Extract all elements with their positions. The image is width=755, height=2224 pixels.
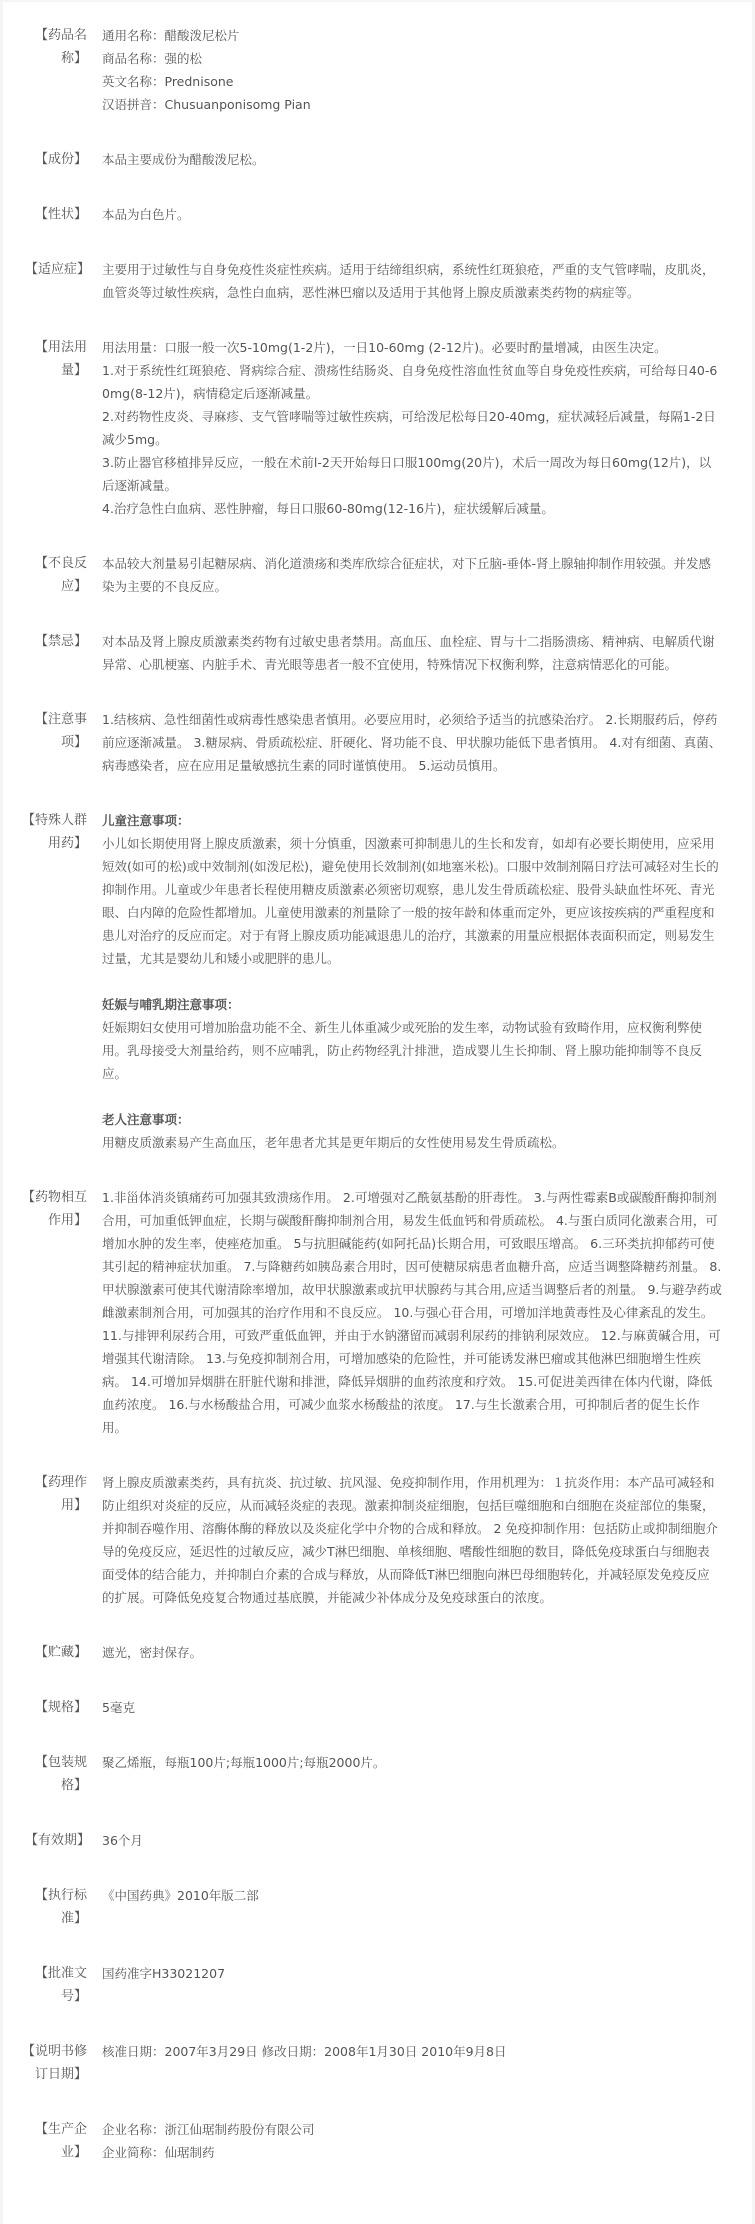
section-dosage: 【用法用量】 用法用量：口服一般一次5-10mg(1-2片)，一日10-60mg… xyxy=(3,336,752,520)
section-label: 【药物相互作用】 xyxy=(3,1186,87,1232)
section-value: 本品为白色片。 xyxy=(102,203,722,226)
subsection-heading: 老人注意事项： xyxy=(102,1108,722,1131)
subsection-heading: 儿童注意事项： xyxy=(102,809,722,832)
section-label: 【说明书修订日期】 xyxy=(3,2040,87,2086)
subsection-text: 小儿如长期使用肾上腺皮质激素，须十分慎重，因激素可抑制患儿的生长和发育，如却有必… xyxy=(102,832,722,970)
section-appearance: 【性状】 本品为白色片。 xyxy=(3,203,752,226)
section-value: 核准日期：2007年3月29日 修改日期：2008年1月30日 2010年9月8… xyxy=(102,2040,722,2063)
section-interactions: 【药物相互作用】 1.非甾体消炎镇痛药可加强其致溃疡作用。 2.可增强对乙酰氨基… xyxy=(3,1186,752,1439)
section-ingredients: 【成份】 本品主要成份为醋酸泼尼松。 xyxy=(3,148,752,171)
section-value: 遮光，密封保存。 xyxy=(102,1641,722,1664)
section-value: 儿童注意事项： 小儿如长期使用肾上腺皮质激素，须十分慎重，因激素可抑制患儿的生长… xyxy=(102,809,722,1154)
section-value: 主要用于过敏性与自身免疫性炎症性疾病。适用于结缔组织病，系统性红斑狼疮，严重的支… xyxy=(102,258,722,304)
section-label: 【药理作用】 xyxy=(3,1471,87,1517)
section-label: 【贮藏】 xyxy=(3,1641,87,1664)
dosage-item: 3.防止器官移植排异反应，一般在术前l-2天开始每日口服100mg(20片)，术… xyxy=(102,451,722,497)
section-value: 聚乙烯瓶，每瓶100片;每瓶1000片;每瓶2000片。 xyxy=(102,1751,722,1774)
section-value: 《中国药典》2010年版二部 xyxy=(102,1884,722,1907)
section-label: 【用法用量】 xyxy=(3,336,87,382)
section-indications: 【适应症】 主要用于过敏性与自身免疫性炎症性疾病。适用于结缔组织病，系统性红斑狼… xyxy=(3,258,752,304)
company-name: 企业名称：浙江仙琚制药股份有限公司 xyxy=(102,2118,722,2141)
elderly-block: 老人注意事项： 用糖皮质激素易产生高血压，老年患者尤其是更年期后的女性使用易发生… xyxy=(102,1108,722,1154)
section-expiry: 【有效期】 36个月 xyxy=(3,1829,752,1852)
section-manufacturer: 【生产企业】 企业名称：浙江仙琚制药股份有限公司 企业简称：仙琚制药 xyxy=(3,2118,752,2164)
section-standard: 【执行标准】 《中国药典》2010年版二部 xyxy=(3,1884,752,1930)
section-label: 【药品名称】 xyxy=(3,24,87,70)
section-label: 【注意事项】 xyxy=(3,708,87,754)
instructions-list: 【药品名称】 通用名称：醋酸泼尼松片 商品名称：强的松 英文名称：Prednis… xyxy=(3,24,752,2196)
section-label: 【有效期】 xyxy=(3,1829,87,1852)
section-label: 【包装规格】 xyxy=(3,1751,87,1797)
section-label: 【性状】 xyxy=(3,203,87,226)
section-value: 国药准字H33021207 xyxy=(102,1962,722,1985)
section-approval-number: 【批准文号】 国药准字H33021207 xyxy=(3,1962,752,2008)
section-value: 肾上腺皮质激素类药，具有抗炎、抗过敏、抗风湿、免疫抑制作用，作用机理为：１抗炎作… xyxy=(102,1471,722,1609)
section-label: 【规格】 xyxy=(3,1696,87,1719)
section-label: 【特殊人群用药】 xyxy=(3,809,87,855)
dosage-general: 用法用量：口服一般一次5-10mg(1-2片)，一日10-60mg (2-12片… xyxy=(102,336,722,359)
section-label: 【禁忌】 xyxy=(3,630,87,653)
section-value: 36个月 xyxy=(102,1829,722,1852)
section-packaging: 【包装规格】 聚乙烯瓶，每瓶100片;每瓶1000片;每瓶2000片。 xyxy=(3,1751,752,1797)
subsection-heading: 妊娠与哺乳期注意事项： xyxy=(102,993,722,1016)
section-value: 用法用量：口服一般一次5-10mg(1-2片)，一日10-60mg (2-12片… xyxy=(102,336,722,520)
section-value: 5毫克 xyxy=(102,1696,722,1719)
children-block: 儿童注意事项： 小儿如长期使用肾上腺皮质激素，须十分慎重，因激素可抑制患儿的生长… xyxy=(102,809,722,970)
section-storage: 【贮藏】 遮光，密封保存。 xyxy=(3,1641,752,1664)
section-value: 本品较大剂量易引起糖尿病、消化道溃疡和类库欣综合征症状，对下丘脑-垂体-肾上腺轴… xyxy=(102,552,722,598)
section-label: 【适应症】 xyxy=(3,258,87,281)
section-adverse-reactions: 【不良反应】 本品较大剂量易引起糖尿病、消化道溃疡和类库欣综合征症状，对下丘脑-… xyxy=(3,552,752,598)
section-pharmacology: 【药理作用】 肾上腺皮质激素类药，具有抗炎、抗过敏、抗风湿、免疫抑制作用，作用机… xyxy=(3,1471,752,1609)
section-drug-name: 【药品名称】 通用名称：醋酸泼尼松片 商品名称：强的松 英文名称：Prednis… xyxy=(3,24,752,116)
section-specification: 【规格】 5毫克 xyxy=(3,1696,752,1719)
dosage-item: 2.对药物性皮炎、寻麻疹、支气管哮喘等过敏性疾病，可给泼尼松每日20-40mg，… xyxy=(102,405,722,451)
section-label: 【不良反应】 xyxy=(3,552,87,598)
company-short-name: 企业简称：仙琚制药 xyxy=(102,2141,722,2164)
english-name: 英文名称：Prednisone xyxy=(102,70,722,93)
section-label: 【批准文号】 xyxy=(3,1962,87,2008)
section-precautions: 【注意事项】 1.结核病、急性细菌性或病毒性感染患者慎用。必要应用时，必须给予适… xyxy=(3,708,752,777)
section-value: 通用名称：醋酸泼尼松片 商品名称：强的松 英文名称：Prednisone 汉语拼… xyxy=(102,24,722,116)
section-special-populations: 【特殊人群用药】 儿童注意事项： 小儿如长期使用肾上腺皮质激素，须十分慎重，因激… xyxy=(3,809,752,1154)
dosage-item: 1.对于系统性红斑狼疮、肾病综合症、溃疡性结肠炎、自身免疫性溶血性贫血等自身免疫… xyxy=(102,359,722,405)
section-value: 本品主要成份为醋酸泼尼松。 xyxy=(102,148,722,171)
dosage-item: 4.治疗急性白血病、恶性肿瘤，每日口服60-80mg(12-16片)，症状缓解后… xyxy=(102,497,722,520)
pinyin-name: 汉语拼音：Chusuanponisomg Pian xyxy=(102,93,722,116)
section-label: 【成份】 xyxy=(3,148,87,171)
section-value: 对本品及肾上腺皮质激素类药物有过敏史患者禁用。高血压、血栓症、胃与十二指肠溃疡、… xyxy=(102,630,722,676)
section-label: 【生产企业】 xyxy=(3,2118,87,2164)
section-revision-date: 【说明书修订日期】 核准日期：2007年3月29日 修改日期：2008年1月30… xyxy=(3,2040,752,2086)
subsection-text: 妊娠期妇女使用可增加胎盘功能不全、新生儿体重减少或死胎的发生率，动物试验有致畸作… xyxy=(102,1016,722,1085)
section-value: 1.非甾体消炎镇痛药可加强其致溃疡作用。 2.可增强对乙酰氨基酚的肝毒性。 3.… xyxy=(102,1186,722,1439)
section-value: 企业名称：浙江仙琚制药股份有限公司 企业简称：仙琚制药 xyxy=(102,2118,722,2164)
drug-instructions-page: 【药品名称】 通用名称：醋酸泼尼松片 商品名称：强的松 英文名称：Prednis… xyxy=(3,2,752,2224)
generic-name: 通用名称：醋酸泼尼松片 xyxy=(102,24,722,47)
subsection-text: 用糖皮质激素易产生高血压，老年患者尤其是更年期后的女性使用易发生骨质疏松。 xyxy=(102,1131,722,1154)
section-value: 1.结核病、急性细菌性或病毒性感染患者慎用。必要应用时，必须给予适当的抗感染治疗… xyxy=(102,708,722,777)
pregnancy-block: 妊娠与哺乳期注意事项： 妊娠期妇女使用可增加胎盘功能不全、新生儿体重减少或死胎的… xyxy=(102,993,722,1085)
section-label: 【执行标准】 xyxy=(3,1884,87,1930)
section-contraindications: 【禁忌】 对本品及肾上腺皮质激素类药物有过敏史患者禁用。高血压、血栓症、胃与十二… xyxy=(3,630,752,676)
brand-name: 商品名称：强的松 xyxy=(102,47,722,70)
